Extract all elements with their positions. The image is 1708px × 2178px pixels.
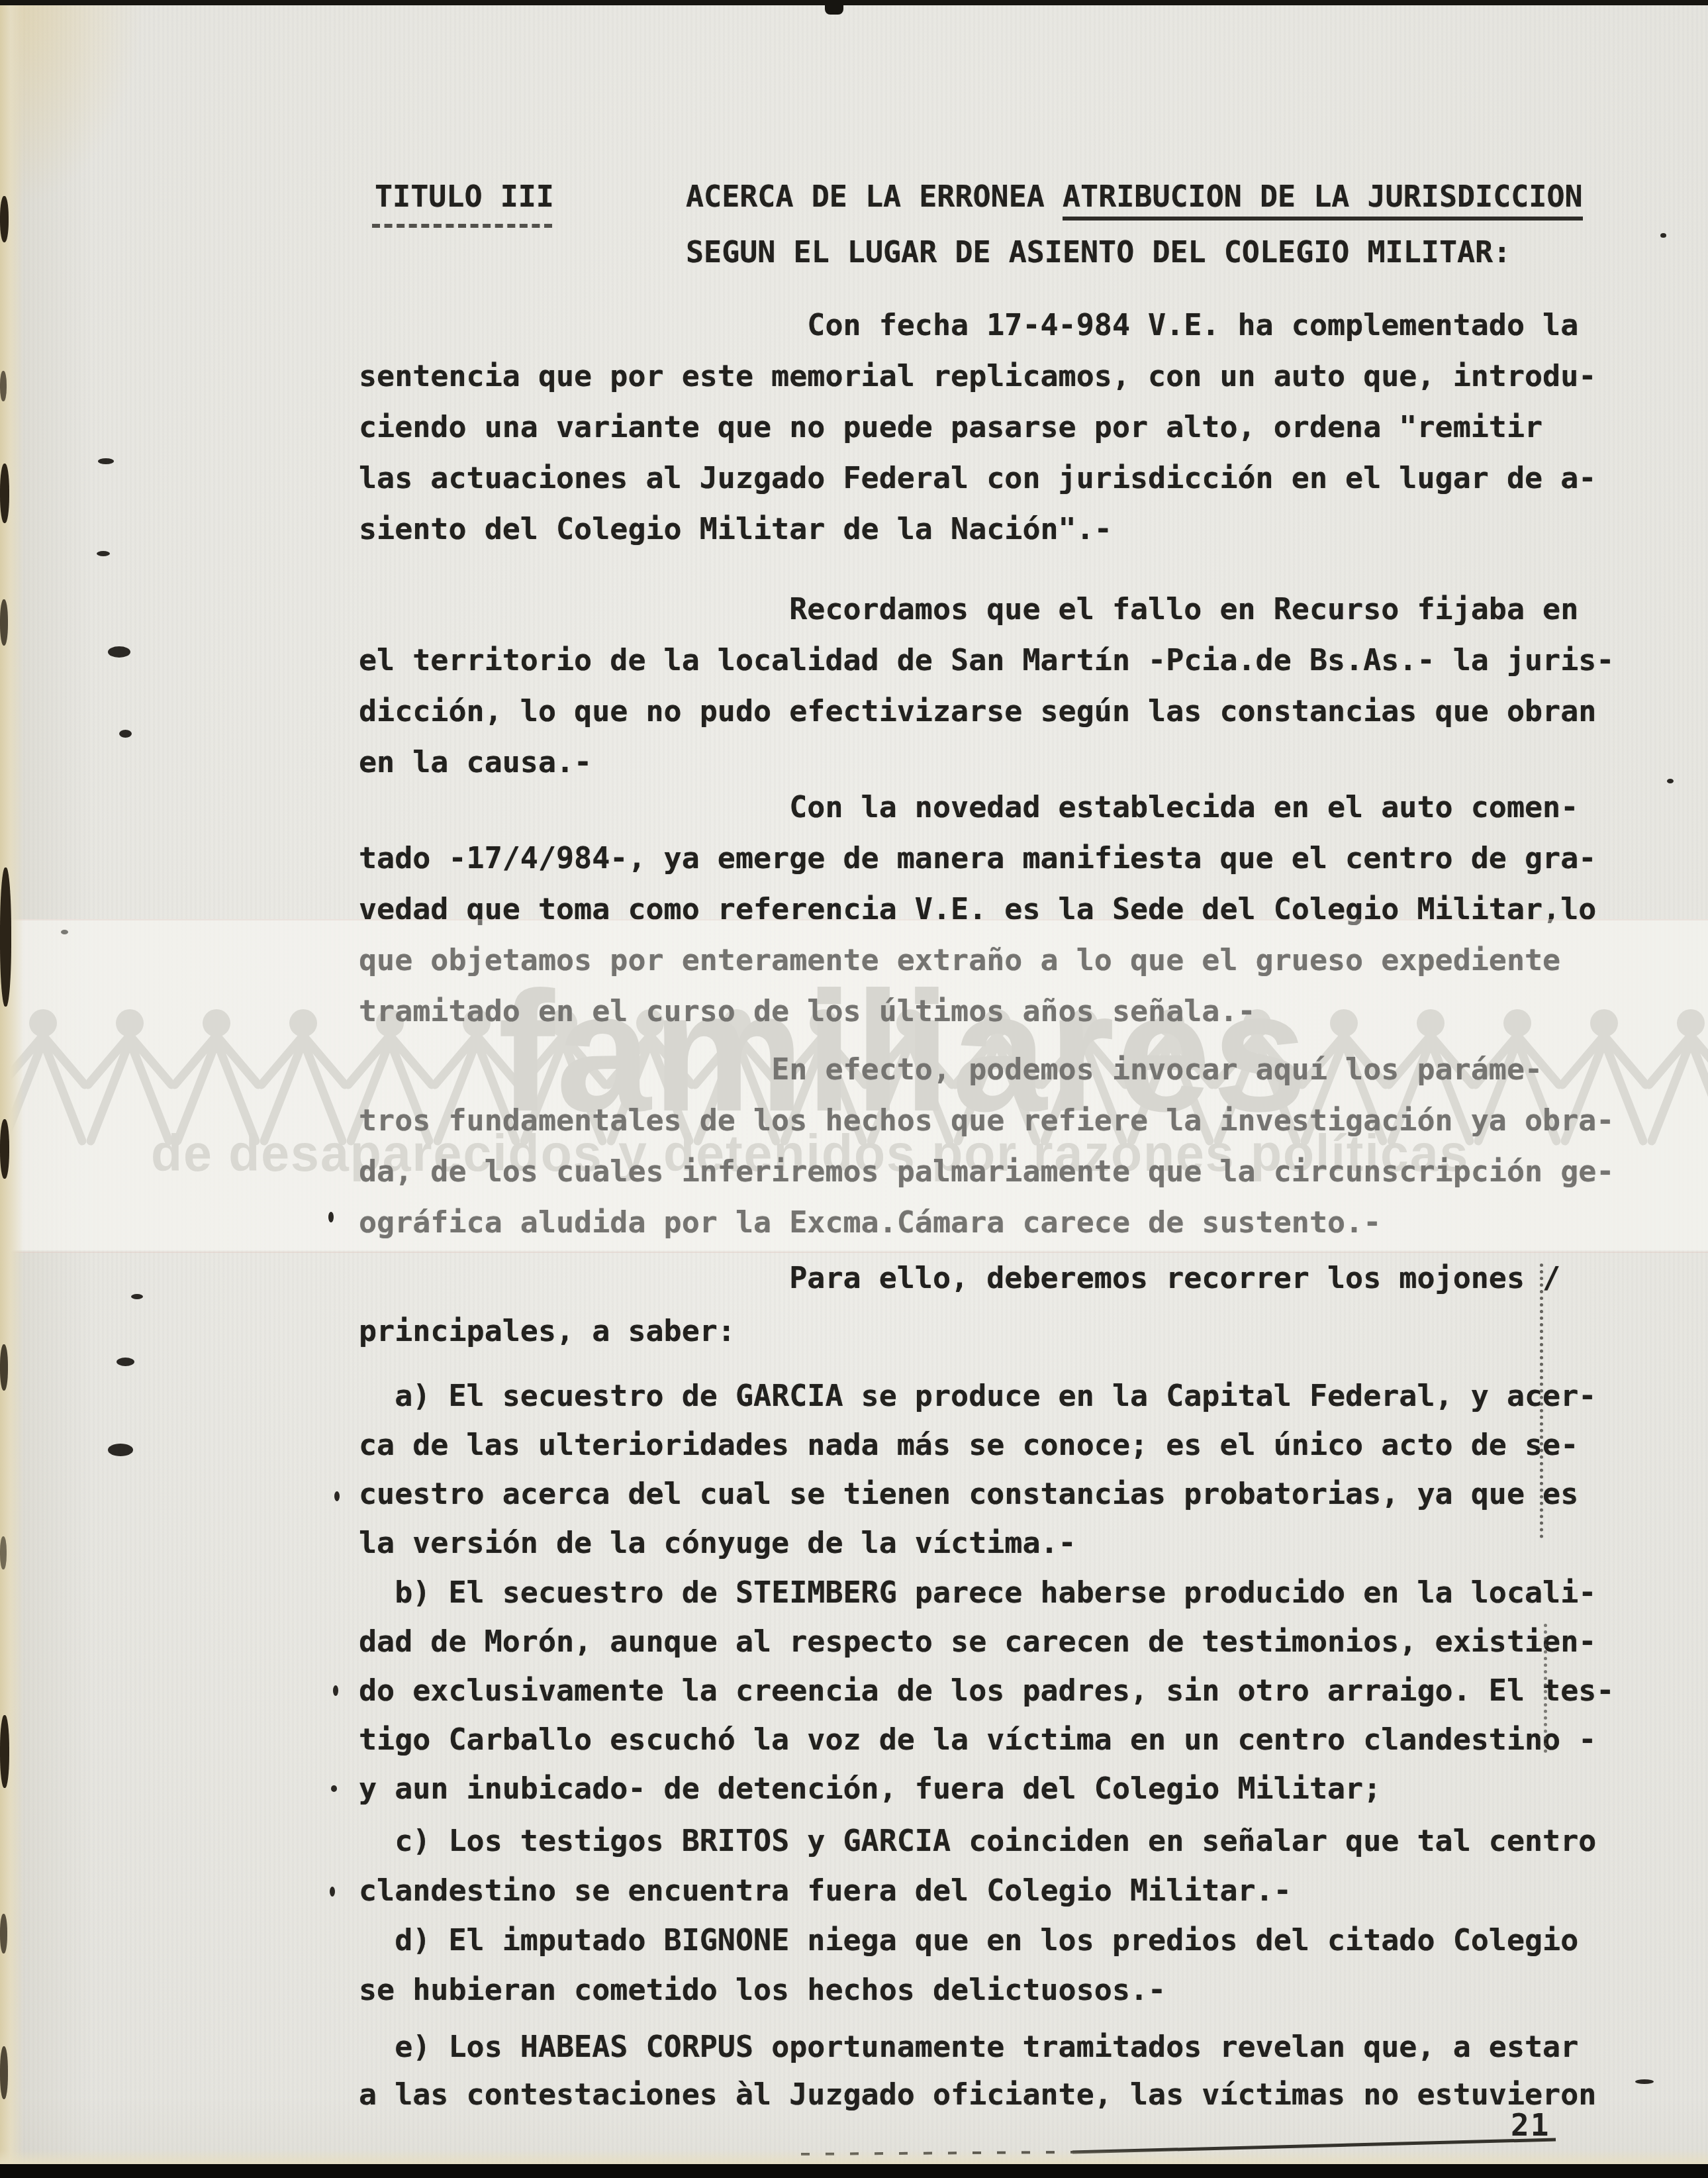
margin-speck <box>131 1294 143 1299</box>
margin-speck <box>61 930 68 934</box>
list-item-a: a) El secuestro de GARCIA se produce en … <box>359 1371 1676 1567</box>
edge-blob <box>0 1119 9 1179</box>
edge-blob <box>0 371 7 401</box>
document-heading: ACERCA DE LA ERRONEA ATRIBUCION DE LA JU… <box>686 169 1626 280</box>
bottom-page-edge <box>0 2150 1708 2165</box>
edge-blob <box>0 196 9 242</box>
margin-speck <box>330 1887 335 1897</box>
margin-speck <box>97 551 110 556</box>
section-title-underline <box>372 224 552 228</box>
margin-speck <box>117 1358 134 1366</box>
margin-speck <box>108 1444 133 1456</box>
heading-line2: SEGUN EL LUGAR DE ASIENTO DEL COLEGIO MI… <box>686 234 1511 270</box>
dotted-margin-line <box>1540 1263 1543 1538</box>
heading-line1-plain: ACERCA DE LA ERRONEA <box>686 179 1063 214</box>
left-page-edge <box>0 0 24 2178</box>
margin-speck <box>1660 233 1666 238</box>
list-item-d: d) El imputado BIGNONE niega que en los … <box>359 1915 1676 2014</box>
list-item-e: e) Los HABEAS CORPUS oportunamente trami… <box>359 2023 1676 2118</box>
margin-speck <box>98 458 114 464</box>
paragraph-5: Para ello, deberemos recorrer los mojone… <box>359 1252 1676 1358</box>
margin-speck <box>328 1212 334 1222</box>
edge-blob <box>0 1344 8 1391</box>
bottom-scan-bar <box>0 2164 1708 2178</box>
list-item-c: c) Los testigos BRITOS y GARCIA coincide… <box>359 1816 1676 1915</box>
margin-speck <box>331 1785 337 1792</box>
top-page-edge <box>0 0 1708 5</box>
edge-blob <box>0 1914 7 1954</box>
edge-blob <box>0 2046 8 2099</box>
scanned-document-page: familiares de desaparecidos y detenidos … <box>0 0 1708 2178</box>
paragraph-1: Con fecha 17-4-984 V.E. ha complementado… <box>359 299 1676 554</box>
top-edge-notch <box>825 4 843 15</box>
list-item-b: b) El secuestro de STEIMBERG parece habe… <box>359 1568 1676 1813</box>
edge-blob <box>0 1715 9 1788</box>
margin-speck <box>333 1685 338 1696</box>
dotted-margin-line <box>1544 1624 1547 1753</box>
edge-blob <box>0 867 11 1007</box>
heading-line1-underlined: ATRIBUCION DE LA JURISDICCION <box>1063 179 1583 221</box>
margin-speck <box>119 730 132 738</box>
edge-blob <box>0 464 9 523</box>
margin-speck <box>1667 779 1674 783</box>
margin-speck <box>108 646 130 658</box>
paragraph-3: Con la novedad establecida en el auto co… <box>359 781 1676 1036</box>
margin-speck <box>334 1491 340 1501</box>
edge-blob <box>0 1536 7 1569</box>
margin-speck <box>1635 2079 1654 2084</box>
edge-blob <box>0 599 8 646</box>
paragraph-4: En efecto, podemos invocar aquí los pará… <box>359 1044 1676 1248</box>
paragraph-2: Recordamos que el fallo en Recurso fijab… <box>359 583 1676 787</box>
